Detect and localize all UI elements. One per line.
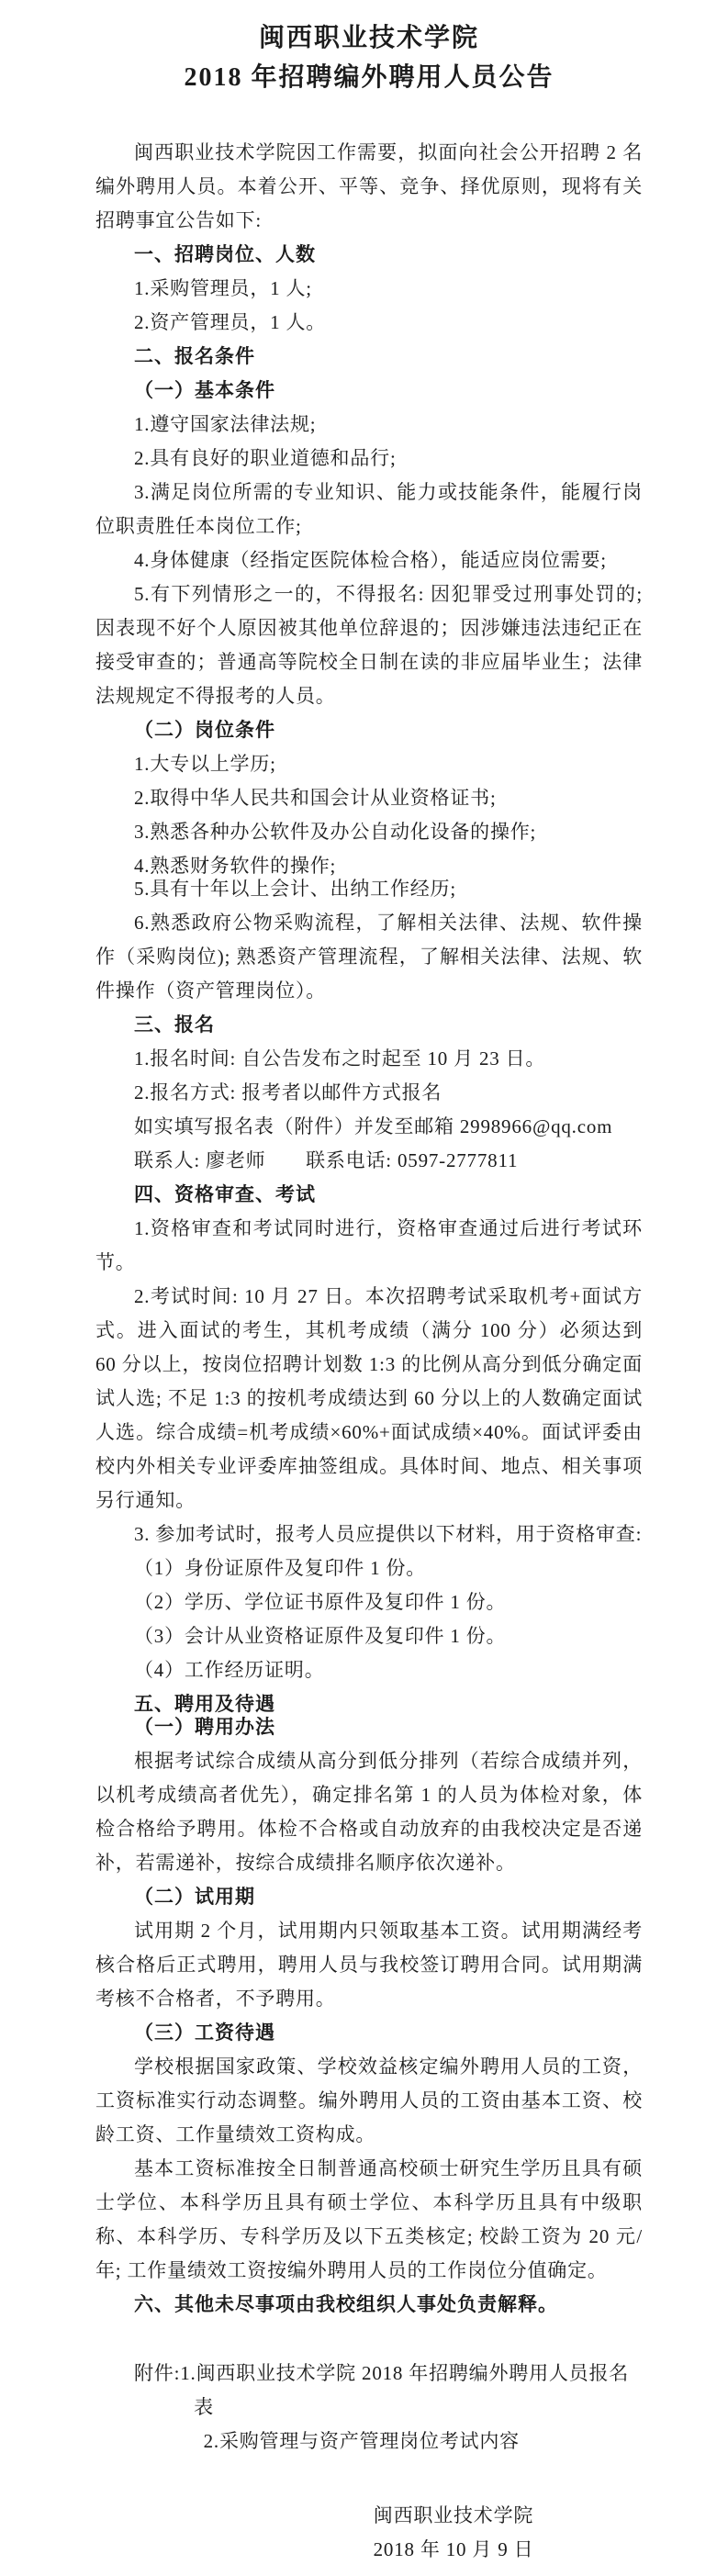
- position-item-2: 2.资产管理员，1 人。: [95, 306, 643, 340]
- material-2: （2）学历、学位证书原件及复印件 1 份。: [95, 1585, 643, 1619]
- section-4-heading: 四、资格审查、考试: [95, 1178, 643, 1212]
- attachment-line-2: 2.采购管理与资产管理岗位考试内容: [204, 2425, 643, 2458]
- signup-time: 1.报名时间: 自公告发布之时起至 10 月 23 日。: [95, 1042, 643, 1076]
- basic-condition-5: 5.有下列情形之一的，不得报名: 因犯罪受过刑事处罚的; 因表现不好个人原因被其…: [95, 577, 643, 713]
- signup-email: 如实填写报名表（附件）并发至邮箱 2998966@qq.com: [95, 1110, 643, 1144]
- document-page: 闽西职业技术学院 2018 年招聘编外聘用人员公告 闽西职业技术学院因工作需要，…: [0, 0, 728, 2576]
- post-condition-5: 5.具有十年以上会计、出纳工作经历;: [95, 872, 643, 906]
- document-title: 闽西职业技术学院 2018 年招聘编外聘用人员公告: [95, 18, 643, 97]
- subsection-2-1-heading: （一）基本条件: [95, 374, 643, 408]
- subsection-2-2-heading: （二）岗位条件: [95, 713, 643, 747]
- attachment-line-1: 附件:1.闽西职业技术学院 2018 年招聘编外聘用人员报名: [95, 2357, 643, 2391]
- material-4: （4）工作经历证明。: [95, 1653, 643, 1687]
- basic-condition-4: 4.身体健康（经指定医院体检合格），能适应岗位需要;: [95, 543, 643, 577]
- exam-para-1: 1.资格审查和考试同时进行，资格审查通过后进行考试环节。: [95, 1212, 643, 1280]
- section-6-heading: 六、其他未尽事项由我校组织人事处负责解释。: [95, 2288, 643, 2322]
- section-3-heading: 三、报名: [95, 1008, 643, 1042]
- post-condition-3: 3.熟悉各种办公软件及办公自动化设备的操作;: [95, 815, 643, 849]
- signature-date: 2018 年 10 月 9 日: [265, 2533, 642, 2567]
- section-2-heading: 二、报名条件: [95, 340, 643, 374]
- post-condition-6: 6.熟悉政府公物采购流程，了解相关法律、法规、软件操作（采购岗位); 熟悉资产管…: [95, 906, 643, 1008]
- exam-para-2: 2.考试时间: 10 月 27 日。本次招聘考试采取机考+面试方式。进入面试的考…: [95, 1280, 643, 1518]
- document-title-line-1: 闽西职业技术学院: [95, 18, 643, 58]
- post-condition-2: 2.取得中华人民共和国会计从业资格证书;: [95, 781, 643, 815]
- material-3: （3）会计从业资格证原件及复印件 1 份。: [95, 1619, 643, 1653]
- basic-condition-3: 3.满足岗位所需的专业知识、能力或技能条件，能履行岗位职责胜任本岗位工作;: [95, 476, 643, 543]
- subsection-5-2-heading: （二）试用期: [95, 1880, 643, 1914]
- salary-para-1: 学校根据国家政策、学校效益核定编外聘用人员的工资，工资标准实行动态调整。编外聘用…: [95, 2050, 643, 2152]
- probation-para: 试用期 2 个月，试用期内只领取基本工资。试用期满经考核合格后正式聘用，聘用人员…: [95, 1914, 643, 2016]
- intro-paragraph: 闽西职业技术学院因工作需要，拟面向社会公开招聘 2 名编外聘用人员。本着公开、平…: [95, 136, 643, 238]
- position-item-1: 1.采购管理员，1 人;: [95, 272, 643, 306]
- post-condition-1: 1.大专以上学历;: [95, 747, 643, 781]
- signup-method: 2.报名方式: 报考者以邮件方式报名: [95, 1076, 643, 1110]
- signature-org: 闽西职业技术学院: [265, 2499, 642, 2533]
- hiring-method-para: 根据考试综合成绩从高分到低分排列（若综合成绩并列，以机考成绩高者优先），确定排名…: [95, 1744, 643, 1880]
- signature-block: 闽西职业技术学院 2018 年 10 月 9 日: [265, 2499, 642, 2567]
- material-1: （1）身份证原件及复印件 1 份。: [95, 1551, 643, 1585]
- salary-para-2: 基本工资标准按全日制普通高校硕士研究生学历且具有硕士学位、本科学历且具有硕士学位…: [95, 2152, 643, 2288]
- basic-condition-2: 2.具有良好的职业道德和品行;: [95, 442, 643, 476]
- section-1-heading: 一、招聘岗位、人数: [95, 238, 643, 272]
- attachment-line-1-wrap: 表: [194, 2391, 643, 2425]
- subsection-5-3-heading: （三）工资待遇: [95, 2016, 643, 2050]
- exam-para-3: 3. 参加考试时，报考人员应提供以下材料，用于资格审查:: [95, 1518, 643, 1551]
- attachments-block: 附件:1.闽西职业技术学院 2018 年招聘编外聘用人员报名 表 2.采购管理与…: [95, 2357, 643, 2458]
- document-body: 闽西职业技术学院因工作需要，拟面向社会公开招聘 2 名编外聘用人员。本着公开、平…: [95, 136, 643, 2322]
- subsection-5-1-heading: （一）聘用办法: [95, 1710, 643, 1744]
- basic-condition-1: 1.遵守国家法律法规;: [95, 408, 643, 442]
- document-title-line-2: 2018 年招聘编外聘用人员公告: [95, 58, 643, 97]
- contact-line: 联系人: 廖老师 联系电话: 0597-2777811: [95, 1144, 643, 1178]
